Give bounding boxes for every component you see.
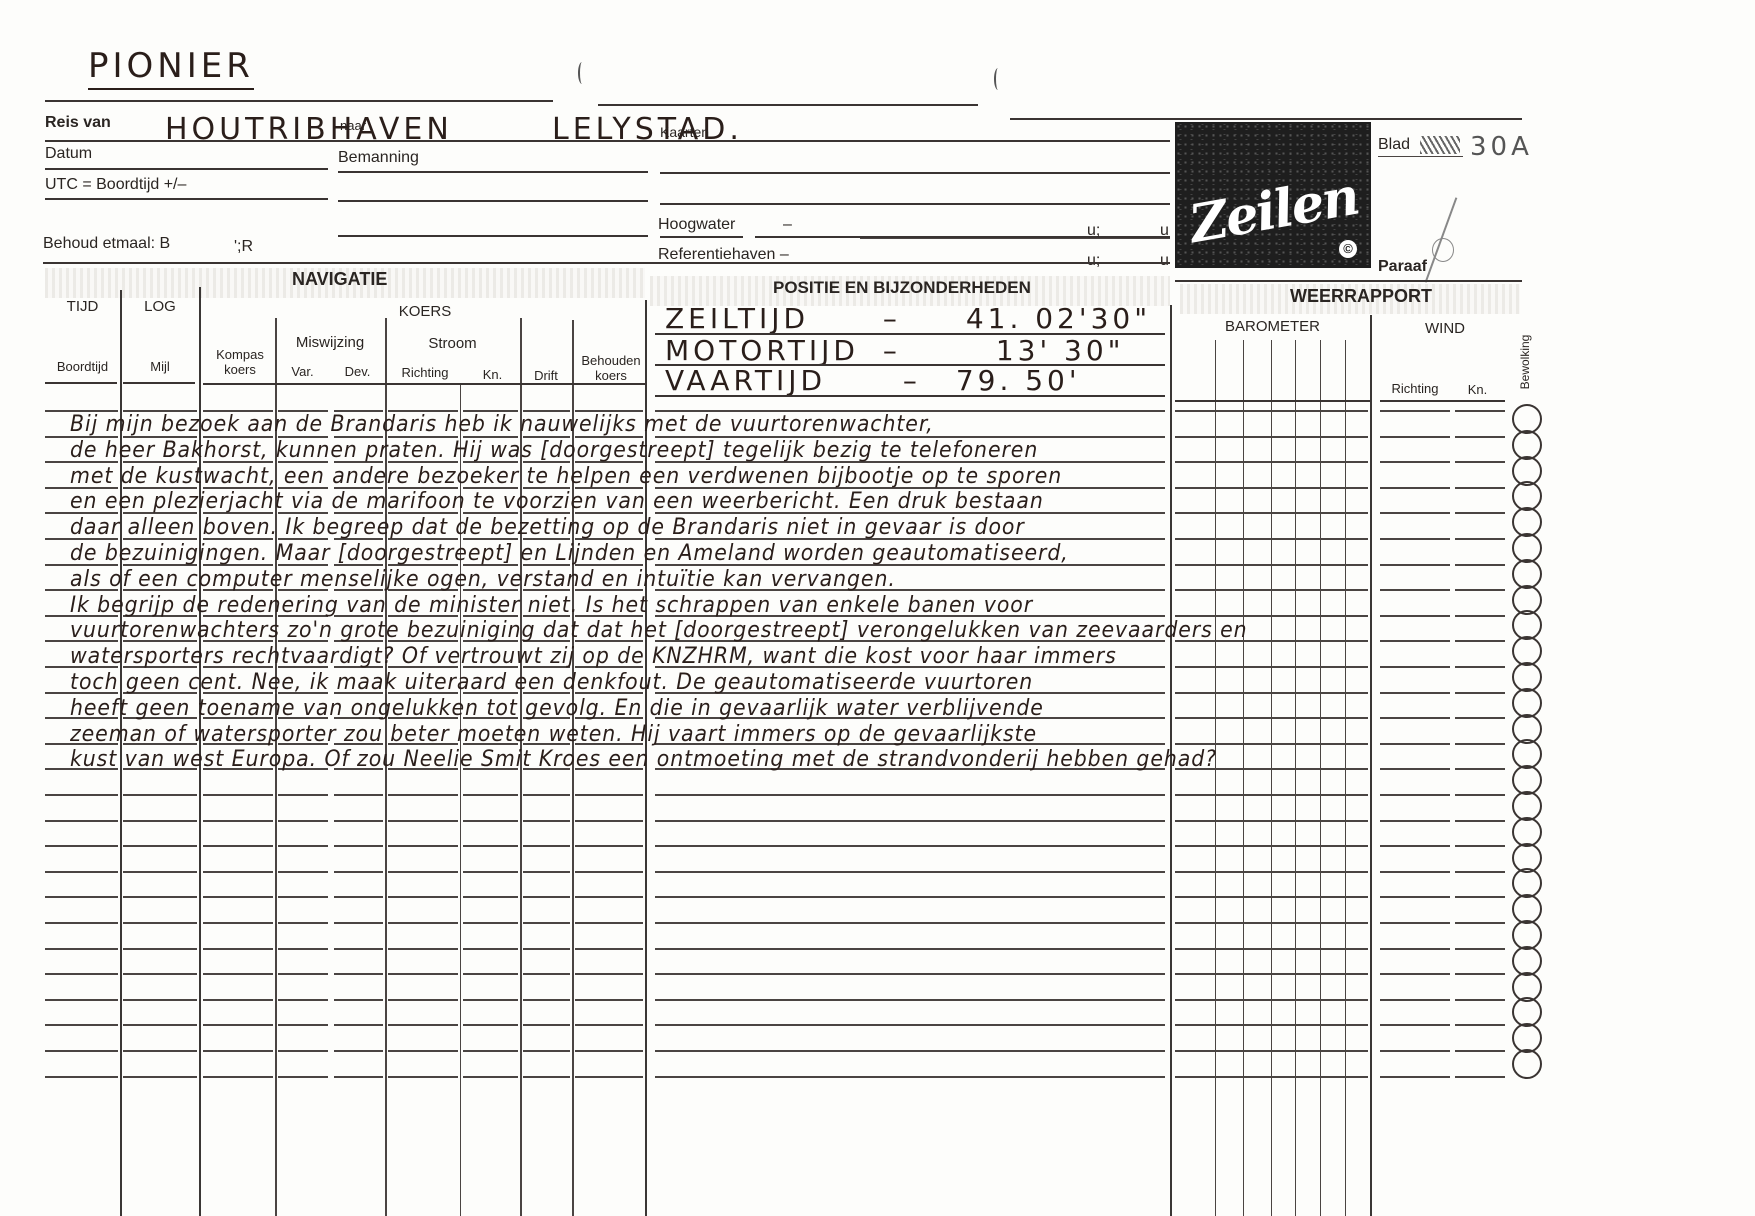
handwritten-line[interactable]: daar alleen boven. Ik begreep dat de bez… <box>70 515 1025 540</box>
naar-label: naar <box>340 118 366 133</box>
copyright-icon: © <box>1339 240 1357 258</box>
position-entry-label: MOTORTIJD <box>665 334 870 367</box>
col-bewolking: Bewolking <box>1518 317 1532 407</box>
handwritten-line[interactable]: zeeman of watersporter zou beter moeten … <box>70 722 1037 747</box>
bemanning-label: Bemanning <box>338 149 419 167</box>
blad-scribble <box>1420 136 1460 154</box>
reis-van-label: Reis van <box>45 114 111 132</box>
handwritten-line[interactable]: met de kustwacht, een andere bezoeker te… <box>70 464 1062 489</box>
behoud-etmaal-label: Behoud etmaal: B <box>43 235 170 253</box>
blad-label: Blad <box>1378 136 1410 154</box>
zeilen-logo: Zeilen © <box>1175 122 1371 268</box>
col-dev: Dev. <box>330 364 385 379</box>
handwritten-line[interactable]: als of een computer menselijke ogen, ver… <box>70 567 896 592</box>
position-entry-value: 41. 02'30" <box>966 302 1151 335</box>
position-entry[interactable]: MOTORTIJD – 13' 30" <box>665 334 1125 367</box>
col-log: LOG <box>120 298 200 315</box>
section-positie: POSITIE EN BIJZONDERHEDEN <box>773 278 1031 298</box>
position-entry[interactable]: VAARTIJD – 79. 50' <box>665 364 1081 397</box>
referentiehaven-u: u <box>1160 252 1169 270</box>
col-kn: Kn. <box>465 367 520 382</box>
paraaf-label: Paraaf <box>1378 258 1427 276</box>
position-entry-label: VAARTIJD <box>665 364 890 397</box>
utc-label: UTC = Boordtijd +/– <box>45 176 186 194</box>
position-entry-label: ZEILTIJD <box>665 302 870 335</box>
position-entry[interactable]: ZEILTIJD – 41. 02'30" <box>665 302 1151 335</box>
hoogwater-label: Hoogwater <box>658 216 735 234</box>
logo-wordmark: Zeilen <box>1185 166 1362 255</box>
handwritten-line[interactable]: watersporters rechtvaardigt? Of vertrouw… <box>70 644 1117 669</box>
handwritten-line[interactable]: Bij mijn bezoek aan de Brandaris heb ik … <box>70 412 934 437</box>
col-tijd: TIJD <box>45 298 120 315</box>
col-wind-richting: Richting <box>1380 381 1450 396</box>
referentiehaven-u-semicolon: u; <box>1087 252 1100 270</box>
col-richting: Richting <box>385 365 465 380</box>
position-entry-value: 79. 50' <box>956 364 1081 397</box>
position-entry-dash: – <box>903 364 943 397</box>
vessel-name: PIONIER <box>88 46 254 90</box>
handwritten-line[interactable]: en een plezierjacht via de marifoon te v… <box>70 489 1044 514</box>
hoogwater-dash: – <box>783 216 792 234</box>
col-koers: KOERS <box>200 303 650 320</box>
punch-hole-mark <box>578 62 586 84</box>
col-behouden-koers: Behouden koers <box>575 353 647 383</box>
bewolking-circle[interactable] <box>1512 1049 1542 1079</box>
col-boordtijd: Boordtijd <box>45 359 120 374</box>
col-drift: Drift <box>520 368 572 383</box>
section-weerrapport: WEERRAPPORT <box>1290 286 1432 307</box>
col-stroom: Stroom <box>385 335 520 352</box>
section-navigatie: NAVIGATIE <box>292 269 387 290</box>
handwritten-line[interactable]: de heer Bakhorst, kunnen praten. Hij was… <box>70 438 1038 463</box>
col-miswijzing: Miswijzing <box>275 334 385 351</box>
handwritten-line[interactable]: heeft geen toename van ongelukken tot ge… <box>70 696 1044 721</box>
position-entry-value: 13' 30" <box>996 334 1125 367</box>
datum-label: Datum <box>45 145 92 163</box>
position-entry-dash: – <box>883 334 983 367</box>
behoud-r-label: ';R <box>234 238 253 256</box>
handwritten-line[interactable]: toch geen cent. Nee, ik maak uiteraard e… <box>70 670 1033 695</box>
handwritten-line[interactable]: vuurtorenwachters zo'n grote bezuiniging… <box>70 618 1248 643</box>
kaarten-label: Kaarten <box>660 124 709 140</box>
col-wind-kn: Kn. <box>1455 382 1500 397</box>
handwritten-line[interactable]: de bezuinigingen. Maar [doorgestreept] e… <box>70 541 1069 566</box>
col-barometer: BAROMETER <box>1175 318 1370 335</box>
paraaf-signature-loop <box>1432 238 1454 262</box>
col-kompas-koers: Kompas koers <box>205 347 275 377</box>
col-var: Var. <box>275 364 330 379</box>
handwritten-line[interactable]: Ik begrijp de redenering van de minister… <box>70 593 1033 618</box>
col-mijl: Mijl <box>120 359 200 374</box>
handwritten-line[interactable]: kust van west Europa. Of zou Neelie Smit… <box>70 747 1217 772</box>
position-entry-dash: – <box>883 302 953 335</box>
col-wind: WIND <box>1385 320 1505 337</box>
blad-value[interactable]: 30A <box>1470 132 1533 162</box>
punch-hole-mark <box>994 68 1002 90</box>
